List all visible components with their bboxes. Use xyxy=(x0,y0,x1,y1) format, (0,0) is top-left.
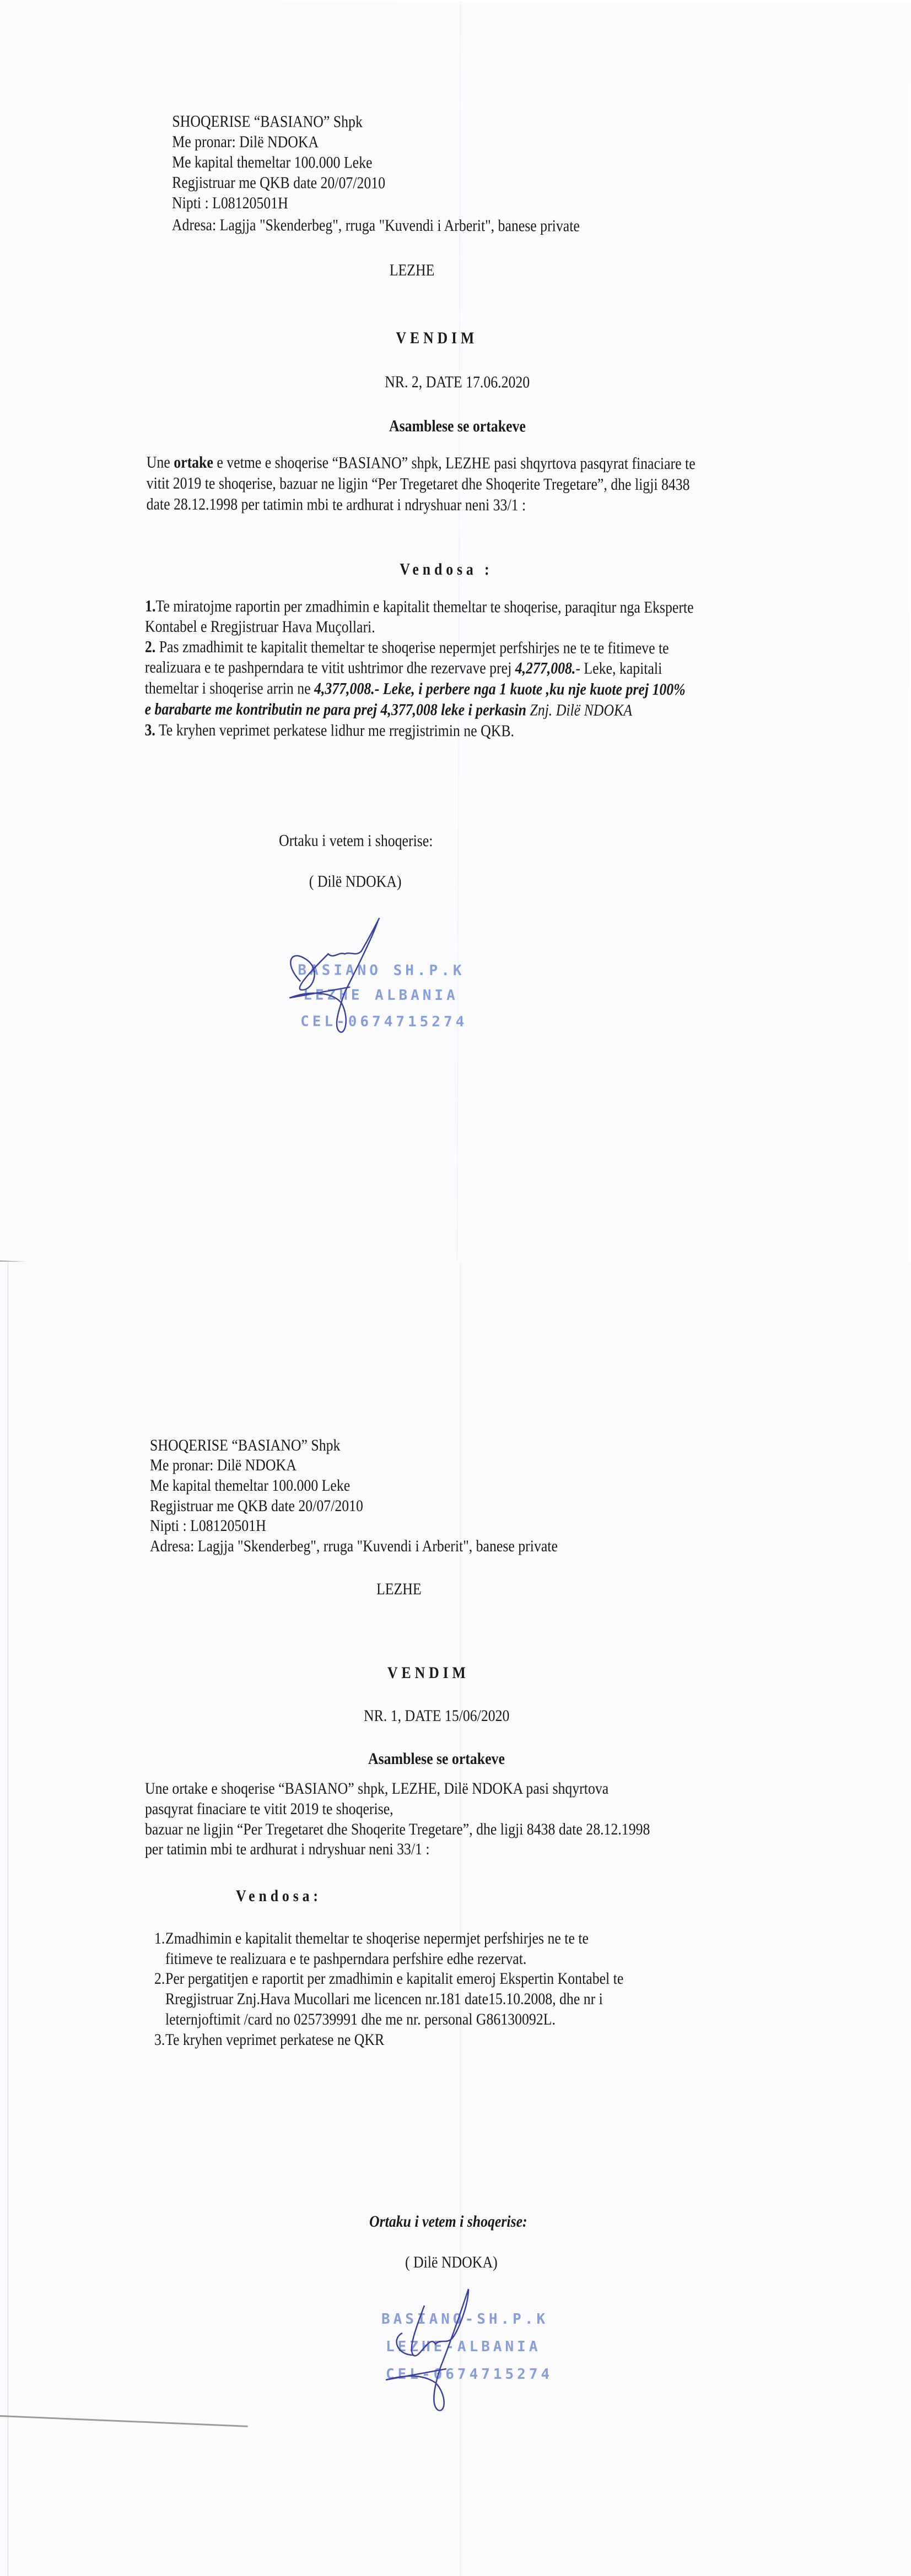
intro-emphasis: ortake xyxy=(174,453,213,472)
intro-line-2: pasqyrat finaciare te vitit 2019 te shoq… xyxy=(145,1800,393,1819)
amount-emphasis: 4,377,008.- Leke, i perbere nga 1 kuote … xyxy=(314,679,686,699)
intro-line-3: date 28.12.1998 per tatimin mbi te ardhu… xyxy=(147,495,526,515)
item-number: 3. xyxy=(144,721,155,739)
item-2-line-2: Rregjistruar Znj.Hava Mucollari me licen… xyxy=(165,1990,603,2009)
capital-line: Me kapital themeltar 100.000 Leke xyxy=(150,1476,350,1495)
item-2-line-1: 2. Pas zmadhimit te kapitalit themeltar … xyxy=(145,638,669,658)
item-3-line-1: Te kryhen veprimet perkatese ne QKR xyxy=(165,2031,384,2049)
item-number: 2. xyxy=(145,638,155,656)
intro-text: Une xyxy=(147,453,174,472)
nipt-line: Nipti : L08120501H xyxy=(150,1517,266,1535)
signatory-name: ( Dilë NDOKA) xyxy=(405,2253,498,2272)
signatory-label: Ortaku i vetem i shoqerise: xyxy=(369,2212,527,2231)
intro-text: e vetme e shoqerise “BASIANO” shpk, LEZH… xyxy=(213,453,696,473)
signatory-name: ( Dilë NDOKA) xyxy=(309,872,402,891)
company-name: SHOQERISE “BASIANO” Shpk xyxy=(150,1436,340,1455)
item-2-line-2: realizuara e te pashperndara te vitit us… xyxy=(145,658,662,678)
nipt-line: Nipti : L08120501H xyxy=(172,194,288,213)
item-3-number: 3. xyxy=(154,2031,165,2049)
address-line: Adresa: Lagjja "Skenderbeg", rruga "Kuve… xyxy=(172,216,580,236)
document-page-1: SHOQERISE “BASIANO” Shpk Me pronar: Dilë… xyxy=(0,0,911,1264)
decision-subtitle: Asamblese se ortakeve xyxy=(368,1750,505,1768)
city-line: LEZHE xyxy=(376,1580,422,1599)
item-1-line-2: fitimeve te realizuara e te pashperndara… xyxy=(165,1950,526,1968)
intro-line-1: Une ortake e vetme e shoqerise “BASIANO”… xyxy=(147,453,696,474)
decision-title: VENDIM xyxy=(396,329,478,348)
decided-heading: Vendosa: xyxy=(236,1887,322,1906)
intro-line-2: vitit 2019 te shoqerise, bazuar ne ligji… xyxy=(147,474,690,495)
city-line: LEZHE xyxy=(390,261,435,280)
item-text: realizuara e te pashperndara te vitit us… xyxy=(145,658,515,678)
owner-line: Me pronar: Dilë NDOKA xyxy=(150,1456,297,1475)
item-1-number: 1. xyxy=(154,1929,165,1948)
signature-icon xyxy=(375,2272,507,2427)
registration-line: Regjistruar me QKB date 20/07/2010 xyxy=(172,174,385,193)
registration-line: Regjistruar me QKB date 20/07/2010 xyxy=(150,1497,363,1516)
decision-title: VENDIM xyxy=(387,1664,470,1682)
page-left-edge xyxy=(8,1262,8,2576)
amount-emphasis: 4,277,008. xyxy=(515,659,576,677)
signatory-label: Ortaku i vetem i shoqerise: xyxy=(279,831,433,851)
owner-name: Znj. Dilë NDOKA xyxy=(526,701,632,720)
company-name: SHOQERISE “BASIANO” Shpk xyxy=(172,112,363,132)
item-text: Te miratojme raportin per zmadhimin e ka… xyxy=(155,597,693,617)
address-line: Adresa: Lagjja "Skenderbeg", rruga "Kuve… xyxy=(150,1537,558,1556)
item-number: 1. xyxy=(145,597,155,615)
intro-line-4: per tatimin mbi te ardhurat i ndryshuar … xyxy=(145,1840,430,1859)
decided-heading-text: Vendosa: xyxy=(236,1887,322,1905)
item-2-line-4: e barabarte me kontributin ne para prej … xyxy=(145,700,633,720)
page-bottom-edge xyxy=(0,2415,248,2427)
decision-number-date: NR. 1, DATE 15/06/2020 xyxy=(364,1707,509,1725)
amount-emphasis: e barabarte me kontributin ne para prej … xyxy=(145,700,526,719)
item-1-line-2: Kontabel e Rregjistruar Hava Muçollari. xyxy=(145,618,375,637)
decided-heading: Vendosa : xyxy=(400,560,493,579)
item-text: - Leke, kapitali xyxy=(575,659,662,678)
owner-line: Me pronar: Dilë NDOKA xyxy=(172,133,319,152)
signature-icon xyxy=(278,899,411,1042)
document-page-2: SHOQERISE “BASIANO” Shpk Me pronar: Dilë… xyxy=(0,1262,911,2576)
item-2-line-1: Per pergatitjen e raportit per zmadhimin… xyxy=(165,1969,623,1988)
intro-line-3: bazuar ne ligjin “Per Tregetaret dhe Sho… xyxy=(145,1820,650,1839)
item-2-line-3: leternjoftimit /card no 025739991 dhe me… xyxy=(165,2010,556,2029)
scan-artifact xyxy=(457,1,461,1263)
decision-number-date: NR. 2, DATE 17.06.2020 xyxy=(385,373,530,392)
item-3-line-1: 3. Te kryhen veprimet perkatese lidhur m… xyxy=(144,721,514,741)
decision-subtitle: Asamblese se ortakeve xyxy=(389,417,526,436)
intro-line-1: Une ortake e shoqerise “BASIANO” shpk, L… xyxy=(145,1779,608,1798)
item-1-line-1: 1.Te miratojme raportin per zmadhimin e … xyxy=(145,597,694,618)
item-2-number: 2. xyxy=(154,1969,165,1988)
capital-line: Me kapital themeltar 100.000 Leke xyxy=(172,153,372,172)
item-text: Te kryhen veprimet perkatese lidhur me r… xyxy=(155,721,514,740)
item-text: Pas zmadhimit te kapitalit themeltar te … xyxy=(155,638,669,657)
item-2-line-3: themeltar i shoqerise arrin ne 4,377,008… xyxy=(145,679,686,700)
item-1-line-1: Zmadhimin e kapitalit themeltar te shoqe… xyxy=(165,1929,589,1948)
item-text: themeltar i shoqerise arrin ne xyxy=(145,679,314,698)
